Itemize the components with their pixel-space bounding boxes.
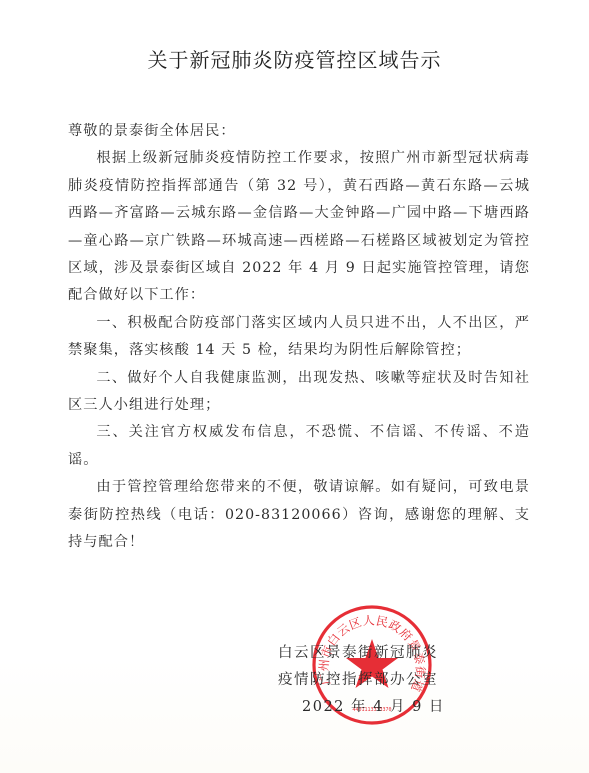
paragraph-intro: 根据上级新冠肺炎疫情防控工作要求，按照广州市新型冠状病毒肺炎疫情防控指挥部通告（… xyxy=(68,145,530,309)
salutation: 尊敬的景泰街全体居民： xyxy=(68,118,530,145)
paragraph-item-2: 二、做好个人自我健康监测，出现发热、咳嗽等症状及时告知社区三人小组进行处理； xyxy=(68,365,530,420)
signature-org-line-2: 疫情防控指挥部办公室 xyxy=(270,667,500,694)
document-page: 关于新冠肺炎防疫管控区域告示 尊敬的景泰街全体居民： 根据上级新冠肺炎疫情防控工… xyxy=(0,0,589,773)
signature-block: 白云区景泰街新冠肺炎 疫情防控指挥部办公室 2022 年 4 月 9 日 xyxy=(270,640,500,721)
paragraph-closing: 由于管控管理给您带来的不便，敬请谅解。如有疑问，可致电景泰街防控热线（电话：02… xyxy=(68,474,530,556)
signature-org-line-1: 白云区景泰街新冠肺炎 xyxy=(270,640,500,667)
document-body: 尊敬的景泰街全体居民： 根据上级新冠肺炎疫情防控工作要求，按照广州市新型冠状病毒… xyxy=(68,118,530,557)
signature-date: 2022 年 4 月 9 日 xyxy=(270,694,500,721)
paragraph-item-1: 一、积极配合防疫部门落实区域内人员只进不出，人不出区，严禁聚集，落实核酸 14 … xyxy=(68,310,530,365)
document-title: 关于新冠肺炎防疫管控区域告示 xyxy=(0,44,589,73)
paragraph-item-3: 三、关注官方权威发布信息，不恐慌、不信谣、不传谣、不造谣。 xyxy=(68,419,530,474)
